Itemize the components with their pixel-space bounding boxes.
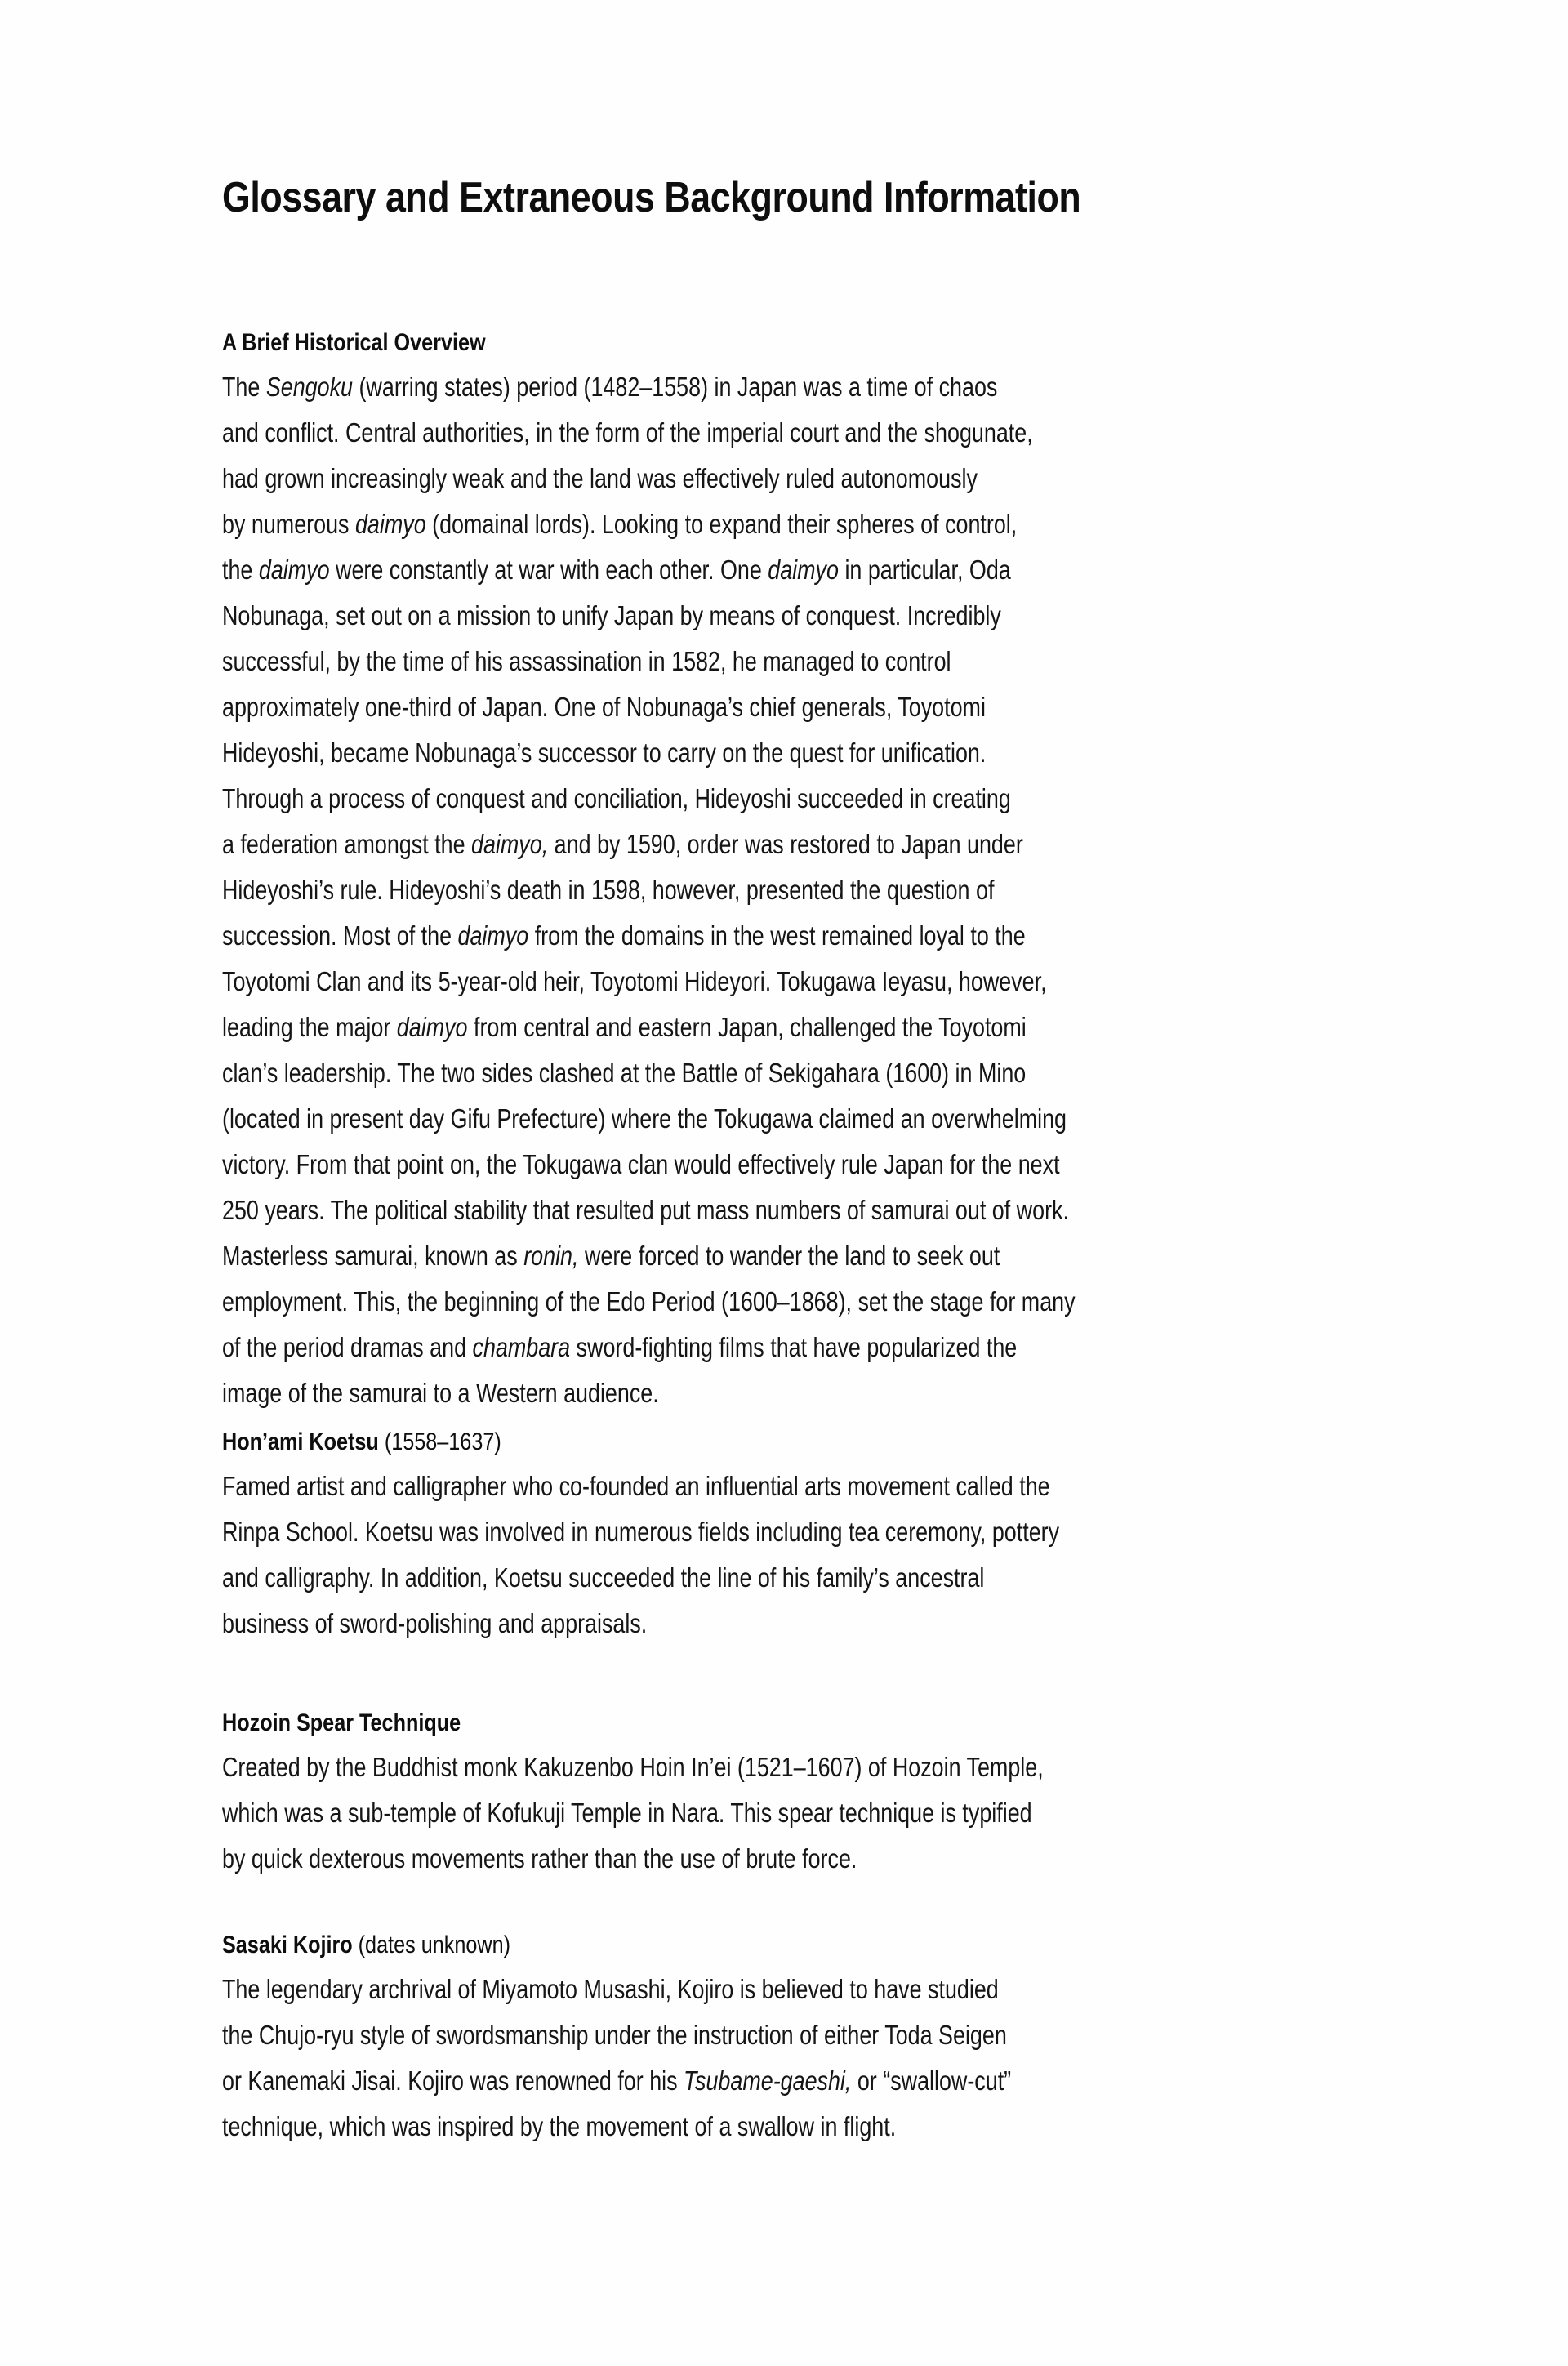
body-text-line: or Kanemaki Jisai. Kojiro was renowned f…	[222, 2058, 1260, 2104]
page-title: Glossary and Extraneous Background Infor…	[222, 173, 1080, 222]
document-page: Glossary and Extraneous Background Infor…	[0, 0, 1568, 2366]
italic-term: daimyo	[355, 509, 426, 539]
body-text-line: of the period dramas and chambara sword-…	[222, 1325, 1260, 1370]
text-run: from the domains in the west remained lo…	[528, 920, 1025, 951]
text-run: of the period dramas and	[222, 1332, 473, 1362]
text-run: technique, which was inspired by the mov…	[222, 2111, 896, 2141]
text-run: victory. From that point on, the Tokugaw…	[222, 1149, 1060, 1179]
body-text-line: Masterless samurai, known as ronin, were…	[222, 1233, 1260, 1279]
body-text-line: succession. Most of the daimyo from the …	[222, 913, 1260, 959]
section-hozoin-spear-technique: Hozoin Spear Technique Created by the Bu…	[222, 1707, 1496, 1882]
italic-term: daimyo,	[471, 829, 548, 859]
text-run: or “swallow-cut”	[851, 2065, 1011, 2096]
text-run: approximately one-third of Japan. One of…	[222, 692, 986, 722]
section-honami-koetsu: Hon’ami Koetsu (1558–1637) Famed artist …	[222, 1426, 1496, 1646]
heading-text: Hozoin Spear Technique	[222, 1709, 461, 1736]
body-text-line: approximately one-third of Japan. One of…	[222, 684, 1260, 730]
body-text-line: by numerous daimyo (domainal lords). Loo…	[222, 501, 1260, 547]
text-run: which was a sub-temple of Kofukuji Templ…	[222, 1798, 1032, 1828]
text-run: leading the major	[222, 1012, 397, 1042]
text-run: had grown increasingly weak and the land…	[222, 463, 978, 493]
body-text-line: Toyotomi Clan and its 5-year-old heir, T…	[222, 959, 1260, 1005]
text-run: clan’s leadership. The two sides clashed…	[222, 1058, 1026, 1088]
text-run: succession. Most of the	[222, 920, 458, 951]
body-text-line: employment. This, the beginning of the E…	[222, 1279, 1260, 1325]
section-heading: A Brief Historical Overview	[222, 327, 1292, 359]
section-body: The legendary archrival of Miyamoto Musa…	[222, 1967, 1496, 2150]
text-run: Toyotomi Clan and its 5-year-old heir, T…	[222, 966, 1047, 996]
text-run: 250 years. The political stability that …	[222, 1195, 1069, 1225]
text-run: business of sword-polishing and appraisa…	[222, 1608, 647, 1638]
text-run: or Kanemaki Jisai. Kojiro was renowned f…	[222, 2065, 684, 2096]
body-text-line: by quick dexterous movements rather than…	[222, 1836, 1260, 1882]
text-run: Rinpa School. Koetsu was involved in num…	[222, 1517, 1059, 1547]
body-text-line: The Sengoku (warring states) period (148…	[222, 364, 1260, 410]
italic-term: daimyo	[768, 555, 839, 585]
text-run: The legendary archrival of Miyamoto Musa…	[222, 1974, 999, 2004]
section-body: The Sengoku (warring states) period (148…	[222, 364, 1496, 1416]
text-run: Hideyoshi’s rule. Hideyoshi’s death in 1…	[222, 875, 994, 905]
italic-term: Sengoku	[266, 372, 353, 402]
text-run: image of the samurai to a Western audien…	[222, 1378, 659, 1408]
heading-dates: (dates unknown)	[353, 1932, 510, 1958]
body-text-line: leading the major daimyo from central an…	[222, 1005, 1260, 1050]
text-run: the Chujo-ryu style of swordsmanship und…	[222, 2020, 1007, 2050]
body-text-line: 250 years. The political stability that …	[222, 1187, 1260, 1233]
text-run: Through a process of conquest and concil…	[222, 783, 1011, 813]
text-run: were forced to wander the land to seek o…	[578, 1241, 1000, 1271]
text-run: by numerous	[222, 509, 355, 539]
text-run: a federation amongst the	[222, 829, 471, 859]
body-text-line: and calligraphy. In addition, Koetsu suc…	[222, 1555, 1260, 1601]
section-heading: Hon’ami Koetsu (1558–1637)	[222, 1426, 1292, 1459]
text-run: Hideyoshi, became Nobunaga’s successor t…	[222, 737, 986, 768]
section-heading: Sasaki Kojiro (dates unknown)	[222, 1929, 1292, 1962]
italic-term: chambara	[473, 1332, 571, 1362]
text-run: The	[222, 372, 266, 402]
body-text-line: Created by the Buddhist monk Kakuzenbo H…	[222, 1744, 1260, 1790]
body-text-line: clan’s leadership. The two sides clashed…	[222, 1050, 1260, 1096]
section-historical-overview: A Brief Historical Overview The Sengoku …	[222, 327, 1496, 1416]
section-body: Famed artist and calligrapher who co-fou…	[222, 1464, 1496, 1646]
body-text-line: a federation amongst the daimyo, and by …	[222, 822, 1260, 867]
text-run: and conflict. Central authorities, in th…	[222, 417, 1033, 448]
body-text-line: and conflict. Central authorities, in th…	[222, 410, 1260, 456]
body-text-line: business of sword-polishing and appraisa…	[222, 1601, 1260, 1646]
text-run: the	[222, 555, 259, 585]
heading-text: Hon’ami Koetsu	[222, 1428, 379, 1455]
section-heading: Hozoin Spear Technique	[222, 1707, 1292, 1740]
section-sasaki-kojiro: Sasaki Kojiro (dates unknown) The legend…	[222, 1929, 1496, 2150]
body-text-line: Rinpa School. Koetsu was involved in num…	[222, 1509, 1260, 1555]
text-run: and calligraphy. In addition, Koetsu suc…	[222, 1562, 984, 1593]
italic-term: daimyo	[397, 1012, 468, 1042]
heading-text: A Brief Historical Overview	[222, 329, 486, 356]
text-run: Famed artist and calligrapher who co-fou…	[222, 1471, 1050, 1501]
body-text-line: Through a process of conquest and concil…	[222, 776, 1260, 822]
text-run: successful, by the time of his assassina…	[222, 646, 951, 676]
body-text-line: successful, by the time of his assassina…	[222, 639, 1260, 684]
body-text-line: Hideyoshi, became Nobunaga’s successor t…	[222, 730, 1260, 776]
text-run: (domainal lords). Looking to expand thei…	[426, 509, 1018, 539]
italic-term: ronin,	[523, 1241, 578, 1271]
text-run: (located in present day Gifu Prefecture)…	[222, 1103, 1067, 1134]
italic-term: daimyo	[259, 555, 330, 585]
text-run: Nobunaga, set out on a mission to unify …	[222, 600, 1001, 630]
text-run: employment. This, the beginning of the E…	[222, 1286, 1076, 1317]
text-run: from central and eastern Japan, challeng…	[468, 1012, 1027, 1042]
body-text-line: Famed artist and calligrapher who co-fou…	[222, 1464, 1260, 1509]
italic-term: daimyo	[458, 920, 529, 951]
body-text-line: The legendary archrival of Miyamoto Musa…	[222, 1967, 1260, 2012]
body-text-line: Hideyoshi’s rule. Hideyoshi’s death in 1…	[222, 867, 1260, 913]
body-text-line: image of the samurai to a Western audien…	[222, 1370, 1260, 1416]
heading-dates: (1558–1637)	[379, 1428, 501, 1455]
body-text-line: the daimyo were constantly at war with e…	[222, 547, 1260, 593]
body-text-line: the Chujo-ryu style of swordsmanship und…	[222, 2012, 1260, 2058]
text-run: and by 1590, order was restored to Japan…	[548, 829, 1023, 859]
text-run: Masterless samurai, known as	[222, 1241, 523, 1271]
italic-term: Tsubame-gaeshi,	[684, 2065, 851, 2096]
body-text-line: victory. From that point on, the Tokugaw…	[222, 1142, 1260, 1187]
body-text-line: Nobunaga, set out on a mission to unify …	[222, 593, 1260, 639]
section-body: Created by the Buddhist monk Kakuzenbo H…	[222, 1744, 1496, 1882]
text-run: in particular, Oda	[839, 555, 1011, 585]
text-run: (warring states) period (1482–1558) in J…	[353, 372, 997, 402]
heading-text: Sasaki Kojiro	[222, 1932, 353, 1958]
text-run: sword-fighting films that have populariz…	[570, 1332, 1017, 1362]
text-run: were constantly at war with each other. …	[330, 555, 768, 585]
body-text-line: technique, which was inspired by the mov…	[222, 2104, 1260, 2150]
body-text-line: (located in present day Gifu Prefecture)…	[222, 1096, 1260, 1142]
text-run: by quick dexterous movements rather than…	[222, 1843, 857, 1874]
body-text-line: which was a sub-temple of Kofukuji Templ…	[222, 1790, 1260, 1836]
body-text-line: had grown increasingly weak and the land…	[222, 456, 1260, 501]
text-run: Created by the Buddhist monk Kakuzenbo H…	[222, 1752, 1044, 1782]
